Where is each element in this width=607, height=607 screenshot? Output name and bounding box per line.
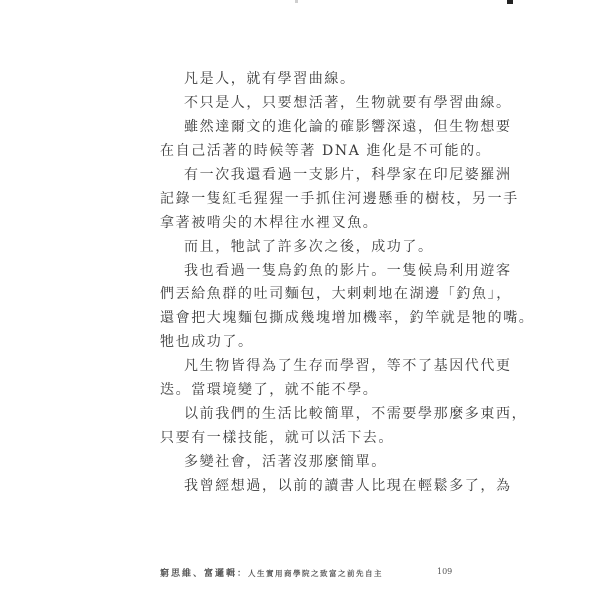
crop-mark xyxy=(295,0,298,3)
text-line: 有一次我還看過一支影片，科學家在印尼婆羅洲 xyxy=(160,164,450,188)
text-line: 迭。當環境變了，就不能不學。 xyxy=(160,379,450,403)
text-line: 拿著被啃尖的木桿往水裡叉魚。 xyxy=(160,212,450,236)
body-text: 凡是人，就有學習曲線。 不只是人，只要想活著，生物就要有學習曲線。 雖然達爾文的… xyxy=(160,68,450,499)
page-number: 109 xyxy=(437,567,452,576)
book-page: 凡是人，就有學習曲線。 不只是人，只要想活著，生物就要有學習曲線。 雖然達爾文的… xyxy=(0,0,607,607)
text-line: 以前我們的生活比較簡單，不需要學那麼多東西， xyxy=(160,403,450,427)
title-separator: ： xyxy=(237,569,248,579)
crop-mark xyxy=(507,0,513,4)
text-line: 還會把大塊麵包撕成幾塊增加機率，釣竿就是牠的嘴。 xyxy=(160,307,450,331)
text-line: 我也看過一隻鳥釣魚的影片。一隻候鳥利用遊客 xyxy=(160,260,450,284)
running-footer: 窮思維、富邏輯：人生實用商學院之致富之前先自主 xyxy=(160,566,460,580)
text-line: 而且，牠試了許多次之後，成功了。 xyxy=(160,236,450,260)
book-subtitle: 人生實用商學院之致富之前先自主 xyxy=(248,569,383,578)
text-line: 雖然達爾文的進化論的確影響深遠，但生物想要 xyxy=(160,116,450,140)
text-line: 們丟給魚群的吐司麵包，大剌剌地在湖邊「釣魚」， xyxy=(160,283,450,307)
text-line: 我曾經想過，以前的讀書人比現在輕鬆多了，為 xyxy=(160,475,450,499)
book-title: 窮思維、富邏輯 xyxy=(160,569,237,579)
text-line: 凡生物皆得為了生存而學習，等不了基因代代更 xyxy=(160,355,450,379)
footer-book-title: 窮思維、富邏輯：人生實用商學院之致富之前先自主 xyxy=(160,566,383,579)
text-line: 只要有一樣技能，就可以活下去。 xyxy=(160,427,450,451)
text-line: 凡是人，就有學習曲線。 xyxy=(160,68,450,92)
text-line: 在自己活著的時候等著 DNA 進化是不可能的。 xyxy=(160,140,450,164)
text-line: 記錄一隻紅毛猩猩一手抓住河邊懸垂的樹枝，另一手 xyxy=(160,188,450,212)
text-line: 牠也成功了。 xyxy=(160,331,450,355)
text-line: 多變社會，活著沒那麼簡單。 xyxy=(160,451,450,475)
text-line: 不只是人，只要想活著，生物就要有學習曲線。 xyxy=(160,92,450,116)
